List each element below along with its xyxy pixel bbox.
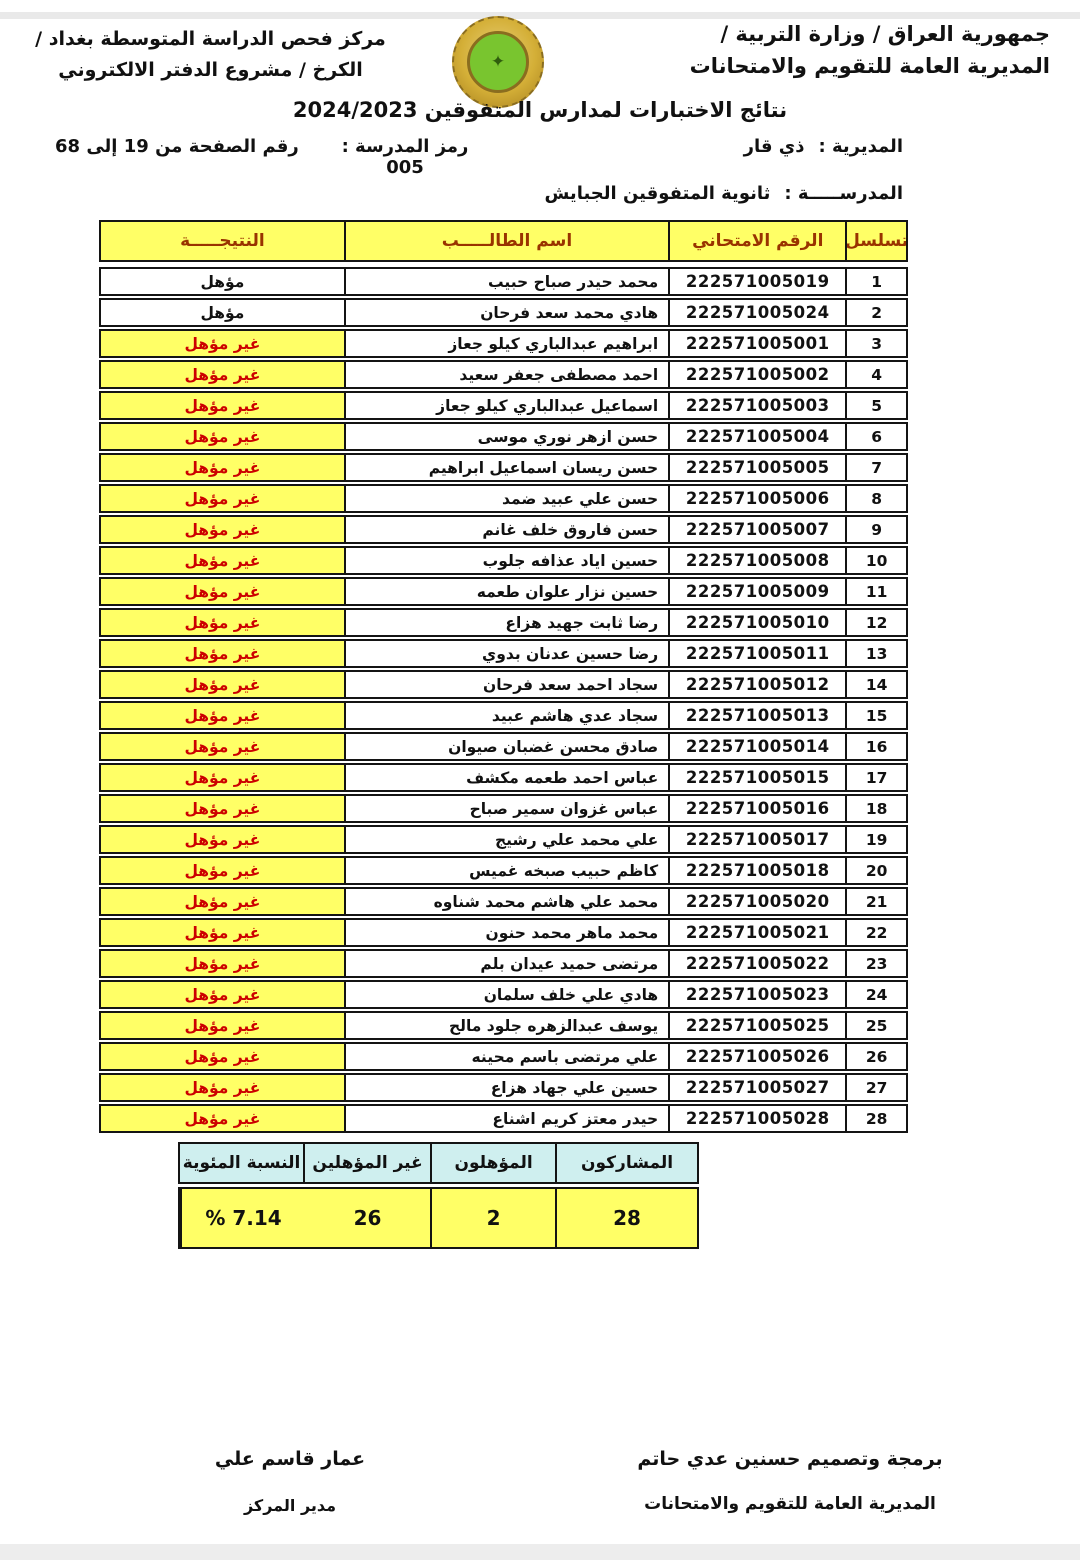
cell-result: غير مؤهل xyxy=(101,455,346,480)
table-row: 16222571005014صادق محسن غضبان صيوانغير م… xyxy=(99,732,908,761)
cell-serial: 6 xyxy=(847,424,906,449)
footer-designer-block: برمجة وتصميم حسنين عدي حاتم المديرية الع… xyxy=(550,1448,1030,1514)
cell-num: 222571005025 xyxy=(670,1013,847,1038)
table-row: 5222571005003اسماعيل عبدالباري كيلو جعاز… xyxy=(99,391,908,420)
table-row: 23222571005022مرتضى حميد عيدان بلمغير مؤ… xyxy=(99,949,908,978)
table-row: 18222571005016عباس غزوان سمير صباحغير مؤ… xyxy=(99,794,908,823)
table-row: 10222571005008حسين اياد عذافه جلوبغير مؤ… xyxy=(99,546,908,575)
cell-serial: 17 xyxy=(847,765,906,790)
table-row: 15222571005013سجاد عدي هاشم عبيدغير مؤهل xyxy=(99,701,908,730)
cell-name: عباس احمد طعمه مكشف xyxy=(346,765,670,790)
cell-num: 222571005007 xyxy=(670,517,847,542)
cell-name: سجاد عدي هاشم عبيد xyxy=(346,703,670,728)
cell-serial: 4 xyxy=(847,362,906,387)
cell-result: غير مؤهل xyxy=(101,889,346,914)
cell-serial: 1 xyxy=(847,269,906,294)
table-row: 2222571005024هادي محمد سعد فرحانمؤهل xyxy=(99,298,908,327)
exam-center-header: مركز فحص الدراسة المتوسطة بغداد / الكرخ … xyxy=(18,24,403,86)
cell-num: 222571005024 xyxy=(670,300,847,325)
table-row: 27222571005027حسين علي جهاد هزاعغير مؤهل xyxy=(99,1073,908,1102)
footer-director-block: عمار قاسم علي مدير المركز xyxy=(50,1448,530,1515)
summary-value-not-qualified: 26 xyxy=(305,1189,432,1247)
cell-name: مرتضى حميد عيدان بلم xyxy=(346,951,670,976)
cell-num: 222571005013 xyxy=(670,703,847,728)
cell-result: مؤهل xyxy=(101,269,346,294)
cell-result: غير مؤهل xyxy=(101,486,346,511)
cell-result: غير مؤهل xyxy=(101,765,346,790)
header-result: النتيجـــــة xyxy=(101,222,346,260)
results-table-header: تسلسل الرقم الامتحاني اسم الطالـــــب ال… xyxy=(99,220,908,262)
cell-result: غير مؤهل xyxy=(101,858,346,883)
school-field: المدرســـــة :ثانوية المتفوقين الجبايش xyxy=(544,183,903,204)
ministry-line2: المديرية العامة للتقويم والامتحانات xyxy=(600,50,1050,82)
cell-name: حسين علي جهاد هزاع xyxy=(346,1075,670,1100)
cell-serial: 12 xyxy=(847,610,906,635)
cell-name: حسن ريسان اسماعيل ابراهيم xyxy=(346,455,670,480)
cell-num: 222571005023 xyxy=(670,982,847,1007)
table-row: 4222571005002احمد مصطفى جعفر سعيدغير مؤه… xyxy=(99,360,908,389)
cell-serial: 25 xyxy=(847,1013,906,1038)
cell-name: هادي علي خلف سلمان xyxy=(346,982,670,1007)
summary-header-row: المشاركون المؤهلون غير المؤهلين النسبة ا… xyxy=(178,1142,699,1184)
cell-serial: 8 xyxy=(847,486,906,511)
cell-result: مؤهل xyxy=(101,300,346,325)
cell-name: ابراهيم عبدالباري كيلو جعاز xyxy=(346,331,670,356)
cell-result: غير مؤهل xyxy=(101,424,346,449)
footer-designer-name: برمجة وتصميم حسنين عدي حاتم xyxy=(550,1448,1030,1470)
cell-result: غير مؤهل xyxy=(101,331,346,356)
cell-num: 222571005022 xyxy=(670,951,847,976)
table-row: 26222571005026علي مرتضى باسم محينهغير مؤ… xyxy=(99,1042,908,1071)
cell-num: 222571005011 xyxy=(670,641,847,666)
cell-name: حسن علي عبيد ضمد xyxy=(346,486,670,511)
summary-value-qualified: 2 xyxy=(432,1189,557,1247)
cell-name: حيدر معتز كريم اشناع xyxy=(346,1106,670,1131)
cell-serial: 9 xyxy=(847,517,906,542)
table-row: 20222571005018كاظم حبيب صبخه غميسغير مؤه… xyxy=(99,856,908,885)
cell-num: 222571005001 xyxy=(670,331,847,356)
exam-center-line2: الكرخ / مشروع الدفتر الالكتروني xyxy=(18,55,403,86)
table-row: 12222571005010رضا ثابت جهيد هزاعغير مؤهل xyxy=(99,608,908,637)
cell-num: 222571005017 xyxy=(670,827,847,852)
table-row: 25222571005025يوسف عبدالزهره جلود مالحغي… xyxy=(99,1011,908,1040)
cell-name: رضا ثابت جهيد هزاع xyxy=(346,610,670,635)
cell-name: يوسف عبدالزهره جلود مالح xyxy=(346,1013,670,1038)
cell-result: غير مؤهل xyxy=(101,827,346,852)
cell-result: غير مؤهل xyxy=(101,610,346,635)
cell-num: 222571005003 xyxy=(670,393,847,418)
cell-serial: 11 xyxy=(847,579,906,604)
cell-serial: 20 xyxy=(847,858,906,883)
cell-result: غير مؤهل xyxy=(101,1075,346,1100)
cell-serial: 24 xyxy=(847,982,906,1007)
cell-num: 222571005016 xyxy=(670,796,847,821)
cell-serial: 28 xyxy=(847,1106,906,1131)
cell-serial: 16 xyxy=(847,734,906,759)
footer-director-title: مدير المركز xyxy=(50,1496,530,1515)
cell-name: حسين نزار علوان طعمه xyxy=(346,579,670,604)
cell-result: غير مؤهل xyxy=(101,1044,346,1069)
cell-num: 222571005015 xyxy=(670,765,847,790)
cell-num: 222571005009 xyxy=(670,579,847,604)
table-row: 1222571005019محمد حيدر صباح حبيبمؤهل xyxy=(99,267,908,296)
footer-designer-directorate: المديرية العامة للتقويم والامتحانات xyxy=(550,1494,1030,1514)
ministry-header: جمهورية العراق / وزارة التربية / المديري… xyxy=(600,18,1050,82)
cell-result: غير مؤهل xyxy=(101,517,346,542)
summary-header-not-qualified: غير المؤهلين xyxy=(305,1144,432,1182)
table-row: 13222571005011رضا حسين عدنان بدويغير مؤه… xyxy=(99,639,908,668)
cell-name: علي مرتضى باسم محينه xyxy=(346,1044,670,1069)
table-row: 21222571005020محمد علي هاشم محمد شناوهغي… xyxy=(99,887,908,916)
page-range: رقم الصفحة من 19 إلى 68 xyxy=(55,136,299,157)
table-row: 28222571005028حيدر معتز كريم اشناعغير مؤ… xyxy=(99,1104,908,1133)
cell-serial: 23 xyxy=(847,951,906,976)
table-row: 11222571005009حسين نزار علوان طعمهغير مؤ… xyxy=(99,577,908,606)
cell-serial: 10 xyxy=(847,548,906,573)
cell-name: احمد مصطفى جعفر سعيد xyxy=(346,362,670,387)
cell-name: عباس غزوان سمير صباح xyxy=(346,796,670,821)
cell-num: 222571005026 xyxy=(670,1044,847,1069)
header-exam-number: الرقم الامتحاني xyxy=(670,222,847,260)
table-row: 6222571005004حسن ازهر نوري موسىغير مؤهل xyxy=(99,422,908,451)
table-row: 19222571005017علي محمد علي رشيجغير مؤهل xyxy=(99,825,908,854)
cell-name: حسين اياد عذافه جلوب xyxy=(346,548,670,573)
table-row: 9222571005007حسن فاروق خلف غانمغير مؤهل xyxy=(99,515,908,544)
summary-table: المشاركون المؤهلون غير المؤهلين النسبة ا… xyxy=(178,1142,699,1252)
cell-result: غير مؤهل xyxy=(101,951,346,976)
cell-serial: 27 xyxy=(847,1075,906,1100)
cell-num: 222571005010 xyxy=(670,610,847,635)
cell-serial: 3 xyxy=(847,331,906,356)
cell-result: غير مؤهل xyxy=(101,579,346,604)
cell-num: 222571005012 xyxy=(670,672,847,697)
cell-result: غير مؤهل xyxy=(101,641,346,666)
cell-name: اسماعيل عبدالباري كيلو جعاز xyxy=(346,393,670,418)
cell-num: 222571005006 xyxy=(670,486,847,511)
directorate-label: المديرية : xyxy=(819,136,904,157)
table-row: 17222571005015عباس احمد طعمه مكشفغير مؤه… xyxy=(99,763,908,792)
cell-name: حسن فاروق خلف غانم xyxy=(346,517,670,542)
page-title: نتائج الاختبارات لمدارس المتفوقين 2024/2… xyxy=(0,98,1080,122)
cell-serial: 19 xyxy=(847,827,906,852)
summary-header-qualified: المؤهلون xyxy=(432,1144,557,1182)
cell-num: 222571005021 xyxy=(670,920,847,945)
cell-serial: 5 xyxy=(847,393,906,418)
summary-header-percentage: النسبة المئوية xyxy=(180,1144,305,1182)
summary-value-participants: 28 xyxy=(557,1189,697,1247)
cell-result: غير مؤهل xyxy=(101,672,346,697)
cell-name: محمد علي هاشم محمد شناوه xyxy=(346,889,670,914)
cell-num: 222571005019 xyxy=(670,269,847,294)
ministry-logo-icon: ✦ xyxy=(452,16,544,108)
cell-result: غير مؤهل xyxy=(101,393,346,418)
cell-serial: 15 xyxy=(847,703,906,728)
footer-director-name: عمار قاسم علي xyxy=(50,1448,530,1470)
cell-name: محمد ماهر محمد حنون xyxy=(346,920,670,945)
directorate-field: المديرية :ذي قار xyxy=(744,136,903,157)
results-table: تسلسل الرقم الامتحاني اسم الطالـــــب ال… xyxy=(99,220,908,1135)
table-row: 8222571005006حسن علي عبيد ضمدغير مؤهل xyxy=(99,484,908,513)
cell-num: 222571005020 xyxy=(670,889,847,914)
ministry-line1: جمهورية العراق / وزارة التربية / xyxy=(600,18,1050,50)
cell-serial: 26 xyxy=(847,1044,906,1069)
header-serial: تسلسل xyxy=(847,222,906,260)
document-page: { "header": { "ministry_line1": "جمهورية… xyxy=(0,0,1080,1560)
cell-name: صادق محسن غضبان صيوان xyxy=(346,734,670,759)
cell-name: كاظم حبيب صبخه غميس xyxy=(346,858,670,883)
cell-name: حسن ازهر نوري موسى xyxy=(346,424,670,449)
bottom-scan-band xyxy=(0,1544,1080,1560)
summary-value-percentage: % 7.14 xyxy=(180,1189,305,1247)
cell-num: 222571005002 xyxy=(670,362,847,387)
cell-result: غير مؤهل xyxy=(101,982,346,1007)
cell-serial: 14 xyxy=(847,672,906,697)
cell-name: رضا حسين عدنان بدوي xyxy=(346,641,670,666)
cell-num: 222571005028 xyxy=(670,1106,847,1131)
cell-num: 222571005004 xyxy=(670,424,847,449)
cell-num: 222571005027 xyxy=(670,1075,847,1100)
cell-serial: 2 xyxy=(847,300,906,325)
cell-serial: 7 xyxy=(847,455,906,480)
cell-name: هادي محمد سعد فرحان xyxy=(346,300,670,325)
header-student-name: اسم الطالـــــب xyxy=(346,222,670,260)
cell-num: 222571005005 xyxy=(670,455,847,480)
table-row: 24222571005023هادي علي خلف سلمانغير مؤهل xyxy=(99,980,908,1009)
summary-header-participants: المشاركون xyxy=(557,1144,697,1182)
cell-result: غير مؤهل xyxy=(101,1106,346,1131)
school-label: المدرســـــة : xyxy=(784,183,903,204)
cell-num: 222571005008 xyxy=(670,548,847,573)
ministry-logo-center: ✦ xyxy=(467,31,529,93)
cell-name: محمد حيدر صباح حبيب xyxy=(346,269,670,294)
table-row: 3222571005001ابراهيم عبدالباري كيلو جعاز… xyxy=(99,329,908,358)
cell-result: غير مؤهل xyxy=(101,796,346,821)
cell-num: 222571005014 xyxy=(670,734,847,759)
cell-name: علي محمد علي رشيج xyxy=(346,827,670,852)
cell-serial: 13 xyxy=(847,641,906,666)
cell-result: غير مؤهل xyxy=(101,1013,346,1038)
school-code-field: رمز المدرسة : 005 xyxy=(330,136,480,178)
directorate-value: ذي قار xyxy=(744,136,805,157)
table-row: 14222571005012سجاد احمد سعد فرحانغير مؤه… xyxy=(99,670,908,699)
cell-result: غير مؤهل xyxy=(101,703,346,728)
results-rows: 1222571005019محمد حيدر صباح حبيبمؤهل2222… xyxy=(99,267,908,1133)
cell-result: غير مؤهل xyxy=(101,734,346,759)
cell-result: غير مؤهل xyxy=(101,920,346,945)
exam-center-line1: مركز فحص الدراسة المتوسطة بغداد / xyxy=(18,24,403,55)
summary-values-row: 28 2 26 % 7.14 xyxy=(178,1187,699,1249)
cell-result: غير مؤهل xyxy=(101,548,346,573)
table-row: 22222571005021محمد ماهر محمد حنونغير مؤه… xyxy=(99,918,908,947)
cell-serial: 18 xyxy=(847,796,906,821)
cell-name: سجاد احمد سعد فرحان xyxy=(346,672,670,697)
school-code-label: رمز المدرسة : xyxy=(342,136,469,157)
school-value: ثانوية المتفوقين الجبايش xyxy=(544,183,770,204)
cell-serial: 22 xyxy=(847,920,906,945)
cell-result: غير مؤهل xyxy=(101,362,346,387)
cell-num: 222571005018 xyxy=(670,858,847,883)
table-row: 7222571005005حسن ريسان اسماعيل ابراهيمغي… xyxy=(99,453,908,482)
school-code-value: 005 xyxy=(386,157,424,178)
cell-serial: 21 xyxy=(847,889,906,914)
